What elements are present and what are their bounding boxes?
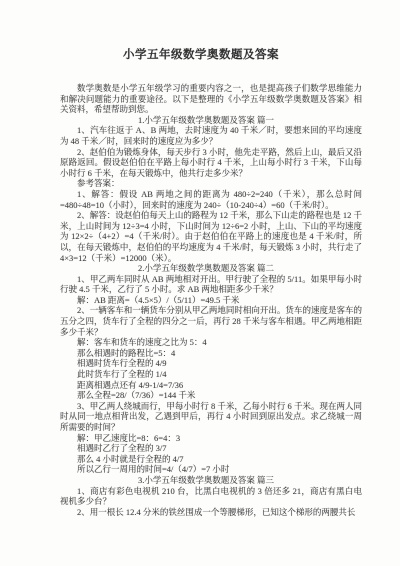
paragraph: 2、赵伯伯为锻炼身体，每天步行 3 小时，他先走平路，然后上山，最后又沿原路返回… (60, 147, 362, 179)
sections-container: 1.小学五年级数学奥数题及答案 篇一1、汽车往返于 A、B 两地，去时速度为 4… (60, 115, 362, 518)
paragraph: 此时货车行了全程的 1/4 (60, 369, 362, 380)
paragraph: 解：甲乙速度比=8：6=4：3 (60, 433, 362, 444)
paragraph: 1、汽车往返于 A、B 两地，去时速度为 40 千米／时，要想来回的平均速度为 … (60, 125, 362, 146)
paragraph: 2、一辆客车和一辆货车分别从甲乙两地同时相向开出。货车的速度是客车的五分之四，货… (60, 305, 362, 337)
paragraph: 1、甲乙两车同时从 AB 两地相对开出。甲行驶了全程的 5/11。如果甲每小时行… (60, 274, 362, 295)
document-body: 数学奥数是小学五年级学习的重要内容之一，也是提高孩子们数学思维能力和解决问题能力… (60, 83, 362, 517)
paragraph: 1、商店有彩色电视机 210 台，比黑白电视机的 3 倍还多 21，商店有黑白电… (60, 486, 362, 507)
intro-paragraph: 数学奥数是小学五年级学习的重要内容之一，也是提高孩子们数学思维能力和解决问题能力… (60, 83, 362, 115)
paragraph: 2、用一根长 12.4 分米的铁丝围成一个等腰梯形，已知这个梯形的两腰共长 (60, 507, 362, 518)
section-heading: 3.小学五年级数学奥数题及答案 篇三 (55, 475, 357, 486)
paragraph: 1、解答：假设 AB 两地之间的距离为 480÷2=240（千米），那么总时间=… (60, 189, 362, 210)
document-page: 小学五年级数学奥数题及答案 数学奥数是小学五年级学习的重要内容之一，也是提高孩子… (0, 0, 400, 566)
paragraph: 2、解答：设赵伯伯每天上山的路程为 12 千米，那么下山走的路程也是 12 千米… (60, 210, 362, 263)
paragraph: 参考答案： (60, 178, 362, 189)
section-heading: 1.小学五年级数学奥数题及答案 篇一 (55, 115, 357, 126)
section-heading: 2.小学五年级数学奥数题及答案 篇二 (55, 263, 357, 274)
paragraph: 那么相遇时的路程比=5：4 (60, 348, 362, 359)
paragraph: 3、甲乙两人绕城而行，甲每小时行 8 千米，乙每小时行 6 千米。现在两人同时从… (60, 401, 362, 433)
paragraph: 相遇时货车行全程的 4/9 (60, 358, 362, 369)
paragraph: 相遇时乙行了全程的 3/7 (60, 443, 362, 454)
paragraph: 解：客车和货车的速度之比为 5：4 (60, 337, 362, 348)
paragraph: 解：AB 距离=（4.5×5）/（5/11）=49.5 千米 (60, 295, 362, 306)
paragraph: 那么 4 小时就是行全程的 4/7 (60, 454, 362, 465)
document-title: 小学五年级数学奥数题及答案 (50, 46, 352, 62)
paragraph: 那么全程=28/（7/36）=144 千米 (60, 390, 362, 401)
paragraph: 距离相遇点还有 4/9-1/4=7/36 (60, 380, 362, 391)
paragraph: 所以乙行一周用的时间=4/（4/7）=7 小时 (60, 464, 362, 475)
